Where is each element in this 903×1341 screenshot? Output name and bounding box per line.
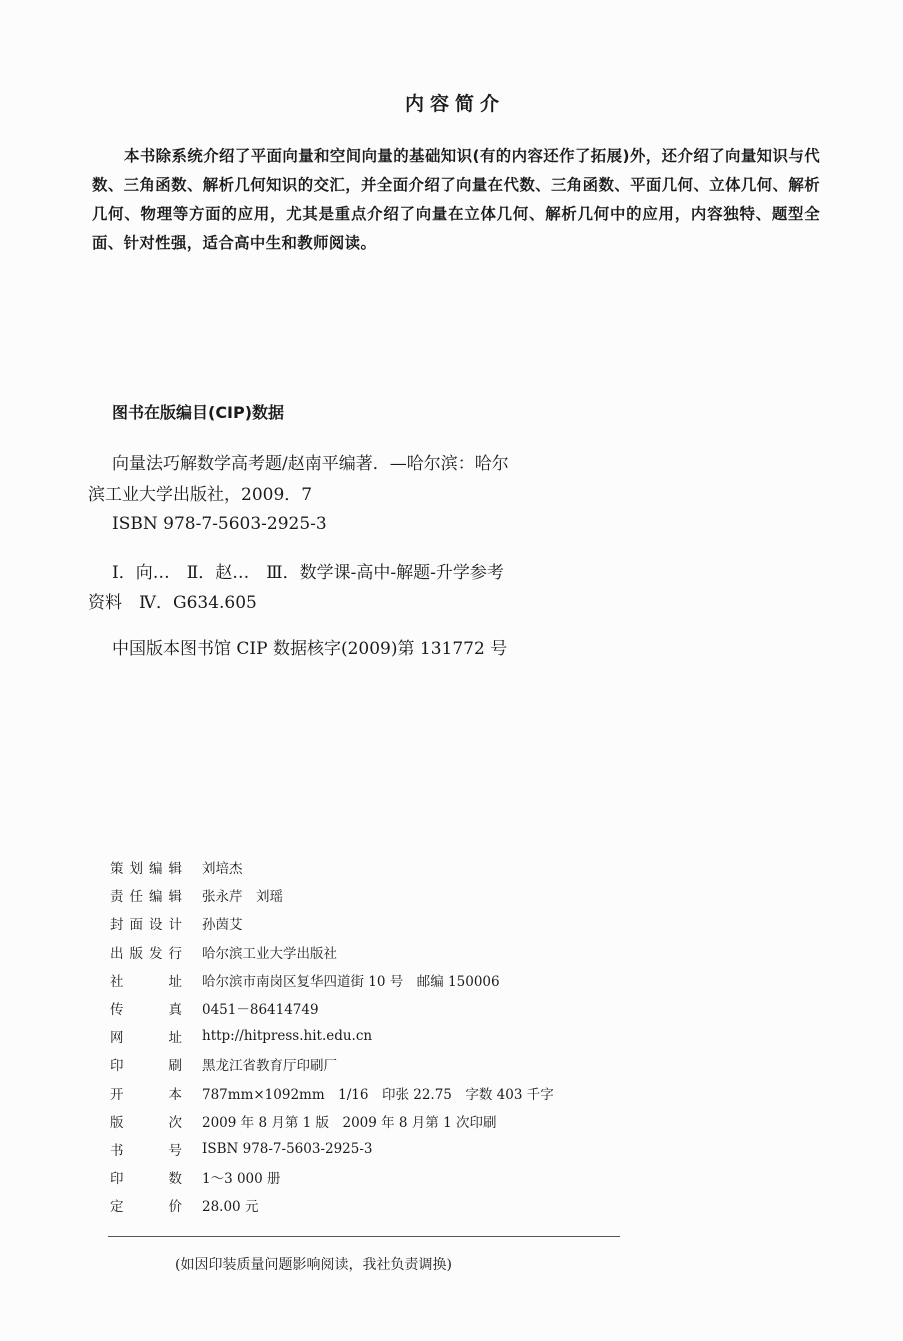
colophon-label-char: 行	[169, 942, 183, 962]
cip-line: Ⅰ．向… Ⅱ．赵… Ⅲ．数学课-高中-解题-升学参考	[112, 562, 504, 584]
colophon-label: 传真	[110, 998, 202, 1018]
colophon-value: http://hitpress.hit.edu.cn	[202, 1028, 372, 1044]
summary-title: 内容简介	[0, 89, 903, 116]
colophon-label-char: 数	[169, 1167, 183, 1187]
cip-heading: 图书在版编目(CIP)数据	[112, 400, 284, 423]
divider	[108, 1236, 620, 1237]
colophon-row: 版次2009 年 8 月第 1 版 2009 年 8 月第 1 次印刷	[110, 1107, 554, 1135]
colophon-label: 出版发行	[110, 942, 202, 962]
colophon-row: 出版发行哈尔滨工业大学出版社	[110, 938, 554, 966]
colophon-row: 书号ISBN 978-7-5603-2925-3	[110, 1135, 554, 1163]
colophon-row: 定价28.00 元	[110, 1191, 554, 1219]
colophon-value: 刘培杰	[202, 857, 243, 877]
colophon-value: 孙茵艾	[202, 913, 243, 933]
colophon-value: 哈尔滨市南岗区复华四道街 10 号 邮编 150006	[202, 970, 500, 990]
colophon-label-char: 版	[130, 942, 144, 962]
colophon-value: 28.00 元	[202, 1195, 258, 1215]
colophon-label-char: 辑	[169, 857, 183, 877]
colophon-label-char: 印	[110, 1167, 124, 1187]
colophon-value: 黑龙江省教育厅印刷厂	[202, 1054, 337, 1074]
colophon-label-char: 封	[110, 913, 124, 933]
colophon-label: 定价	[110, 1195, 202, 1215]
colophon-label-char: 社	[110, 970, 124, 990]
cip-line: ISBN 978-7-5603-2925-3	[112, 513, 327, 535]
colophon-label-char: 次	[169, 1111, 183, 1131]
colophon-label-char: 编	[149, 885, 163, 905]
colophon-label-char: 策	[110, 857, 124, 877]
colophon-label-char: 定	[110, 1195, 124, 1215]
colophon-label: 开本	[110, 1083, 202, 1103]
colophon-label-char: 价	[169, 1195, 183, 1215]
colophon-row: 开本787mm×1092mm 1/16 印张 22.75 字数 403 千字	[110, 1079, 554, 1107]
colophon-label-char: 计	[169, 913, 183, 933]
colophon-label-char: 传	[110, 998, 124, 1018]
colophon-label: 封面设计	[110, 913, 202, 933]
colophon-label-char: 划	[130, 857, 144, 877]
colophon-label-char: 真	[169, 998, 183, 1018]
colophon-label: 印数	[110, 1167, 202, 1187]
colophon-value: 1～3 000 册	[202, 1167, 281, 1187]
colophon-label-char: 号	[169, 1139, 183, 1159]
colophon-row: 印刷黑龙江省教育厅印刷厂	[110, 1050, 554, 1078]
colophon-label-char: 网	[110, 1026, 124, 1046]
colophon-label-char: 开	[110, 1083, 124, 1103]
cip-line: 滨工业大学出版社，2009．7	[88, 484, 312, 506]
colophon-label: 责任编辑	[110, 885, 202, 905]
colophon-value: 张永芹 刘瑶	[202, 885, 283, 905]
colophon-value: 0451－86414749	[202, 998, 319, 1018]
colophon-row: 策划编辑刘培杰	[110, 853, 554, 881]
colophon-label: 书号	[110, 1139, 202, 1159]
colophon-label-char: 发	[149, 942, 163, 962]
colophon-label-char: 本	[169, 1083, 183, 1103]
colophon-row: 社址哈尔滨市南岗区复华四道街 10 号 邮编 150006	[110, 966, 554, 994]
colophon-label-char: 面	[130, 913, 144, 933]
colophon-value: 哈尔滨工业大学出版社	[202, 942, 337, 962]
colophon-row: 印数1～3 000 册	[110, 1163, 554, 1191]
colophon-value: 2009 年 8 月第 1 版 2009 年 8 月第 1 次印刷	[202, 1111, 496, 1131]
colophon-label: 策划编辑	[110, 857, 202, 877]
colophon-row: 责任编辑张永芹 刘瑶	[110, 881, 554, 909]
colophon-label-char: 印	[110, 1054, 124, 1074]
colophon-label-char: 辑	[169, 885, 183, 905]
colophon-value: ISBN 978-7-5603-2925-3	[202, 1141, 373, 1157]
colophon-label-char: 任	[130, 885, 144, 905]
colophon-label-char: 编	[149, 857, 163, 877]
colophon-row: 封面设计孙茵艾	[110, 909, 554, 937]
cip-line: 中国版本图书馆 CIP 数据核字(2009)第 131772 号	[112, 638, 507, 660]
colophon-value: 787mm×1092mm 1/16 印张 22.75 字数 403 千字	[202, 1083, 554, 1103]
colophon-row: 传真0451－86414749	[110, 994, 554, 1022]
colophon-label-char: 出	[110, 942, 124, 962]
colophon-label-char: 书	[110, 1139, 124, 1159]
colophon-label-char: 址	[169, 1026, 183, 1046]
cip-line: 向量法巧解数学高考题/赵南平编著．—哈尔滨：哈尔	[112, 453, 509, 475]
cip-line: 资料 Ⅳ．G634.605	[88, 592, 257, 614]
colophon-row: 网址http://hitpress.hit.edu.cn	[110, 1022, 554, 1050]
colophon-label-char: 版	[110, 1111, 124, 1131]
colophon-label-char: 刷	[169, 1054, 183, 1074]
colophon-label: 版次	[110, 1111, 202, 1131]
colophon-label: 网址	[110, 1026, 202, 1046]
colophon-label-char: 责	[110, 885, 124, 905]
colophon-label: 社址	[110, 970, 202, 990]
colophon-label: 印刷	[110, 1054, 202, 1074]
footer-notice: (如因印装质量问题影响阅读，我社负责调换)	[175, 1254, 452, 1274]
colophon-label-char: 址	[169, 970, 183, 990]
colophon-table: 策划编辑刘培杰责任编辑张永芹 刘瑶封面设计孙茵艾出版发行哈尔滨工业大学出版社社址…	[110, 853, 554, 1219]
colophon-label-char: 设	[149, 913, 163, 933]
summary-text: 本书除系统介绍了平面向量和空间向量的基础知识(有的内容还作了拓展)外，还介绍了向…	[92, 142, 820, 258]
